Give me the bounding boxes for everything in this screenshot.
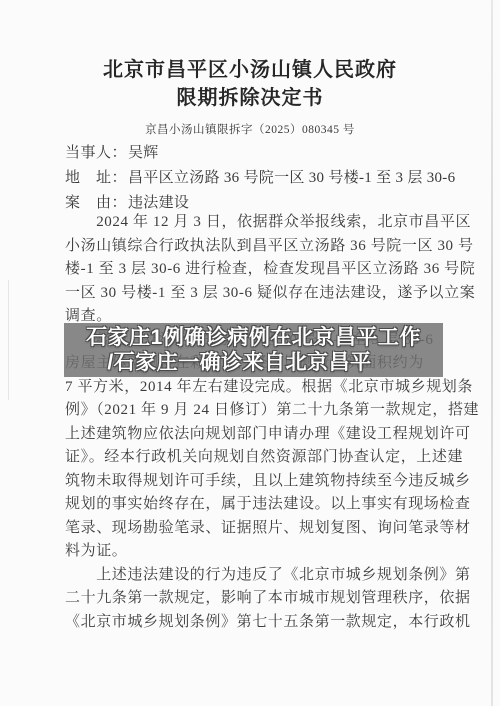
document-title: 北京市昌平区小汤山镇人民政府 限期拆除决定书	[0, 56, 500, 112]
body-line: 楼-1 至 3 层 30-6 进行检查，检查发现昌平区立汤路 36 号院	[65, 258, 447, 282]
body-line: 上述建筑物应依法向规划部门申请办理《建设工程规划许可	[65, 423, 447, 447]
headline-overlay-line1: 石家庄1例确诊病例在北京昌平工作	[86, 325, 421, 350]
address-label: 地 址：	[65, 166, 128, 191]
body-line: 上述违法建设的行为违反了《北京市城乡规划条例》第	[65, 564, 447, 588]
headline-overlay-line2: /石家庄一确诊来自北京昌平	[107, 350, 371, 375]
body-line: 笔录、现场勘验笔录、证据照片、规划复图、询问笔录等材	[65, 517, 447, 541]
document-title-line1: 北京市昌平区小汤山镇人民政府	[0, 56, 500, 84]
body-line: 二十九条第一款规定，影响了本市城市规划管理秩序，依据	[65, 587, 447, 611]
body-line: 例》（2021 年 9 月 24 日修订）第二十九条第一款规定，搭建	[65, 399, 447, 423]
meta-row-party: 当事人： 吴辉	[65, 141, 445, 166]
document-page: 北京市昌平区小汤山镇人民政府 限期拆除决定书 京昌小汤山镇限拆字（2025）08…	[0, 0, 500, 706]
body-line: 一区 30 号楼-1 至 3 层 30-6 疑似存在违法建设，遂予以立案	[65, 282, 447, 306]
body-line: 筑物未取得规划许可手续，且以上建筑物持续至今违反城乡	[65, 470, 447, 494]
body-line: 7 平方米，2014 年左右建设完成。根据《北京市城乡规划条	[65, 376, 447, 400]
body-line: 《北京市城乡规划条例》第七十五条第一款规定，本行政机	[65, 611, 447, 635]
headline-overlay-band: 石家庄1例确诊病例在北京昌平工作 /石家庄一确诊来自北京昌平	[64, 323, 443, 377]
body-line: 料为证。	[65, 540, 447, 564]
body-line: 小汤山镇综合行政执法队到昌平区立汤路 36 号院一区 30 号	[65, 235, 447, 259]
case-meta: 当事人： 吴辉 地 址： 昌平区立汤路 36 号院一区 30 号楼-1 至 3 …	[65, 141, 445, 216]
body-line: 证》。经本行政机关向规划自然资源部门协查认定，上述建	[65, 446, 447, 470]
address-value: 昌平区立汤路 36 号院一区 30 号楼-1 至 3 层 30-6	[128, 166, 455, 191]
scan-edge-right	[491, 0, 493, 706]
party-label: 当事人：	[65, 141, 128, 166]
body-line: 规划的事实始终存在，属于违法建设。以上事实有现场检查	[65, 493, 447, 517]
document-number: 京昌小汤山镇限拆字（2025）080345 号	[0, 121, 500, 137]
party-value: 吴辉	[128, 141, 159, 166]
document-body: 2024 年 12 月 3 日，依据群众举报线索，北京市昌平区 小汤山镇综合行政…	[65, 211, 447, 634]
scan-edge-left	[8, 280, 9, 400]
meta-row-address: 地 址： 昌平区立汤路 36 号院一区 30 号楼-1 至 3 层 30-6	[65, 166, 445, 191]
body-line: 2024 年 12 月 3 日，依据群众举报线索，北京市昌平区	[65, 211, 447, 235]
document-title-line2: 限期拆除决定书	[0, 84, 500, 112]
